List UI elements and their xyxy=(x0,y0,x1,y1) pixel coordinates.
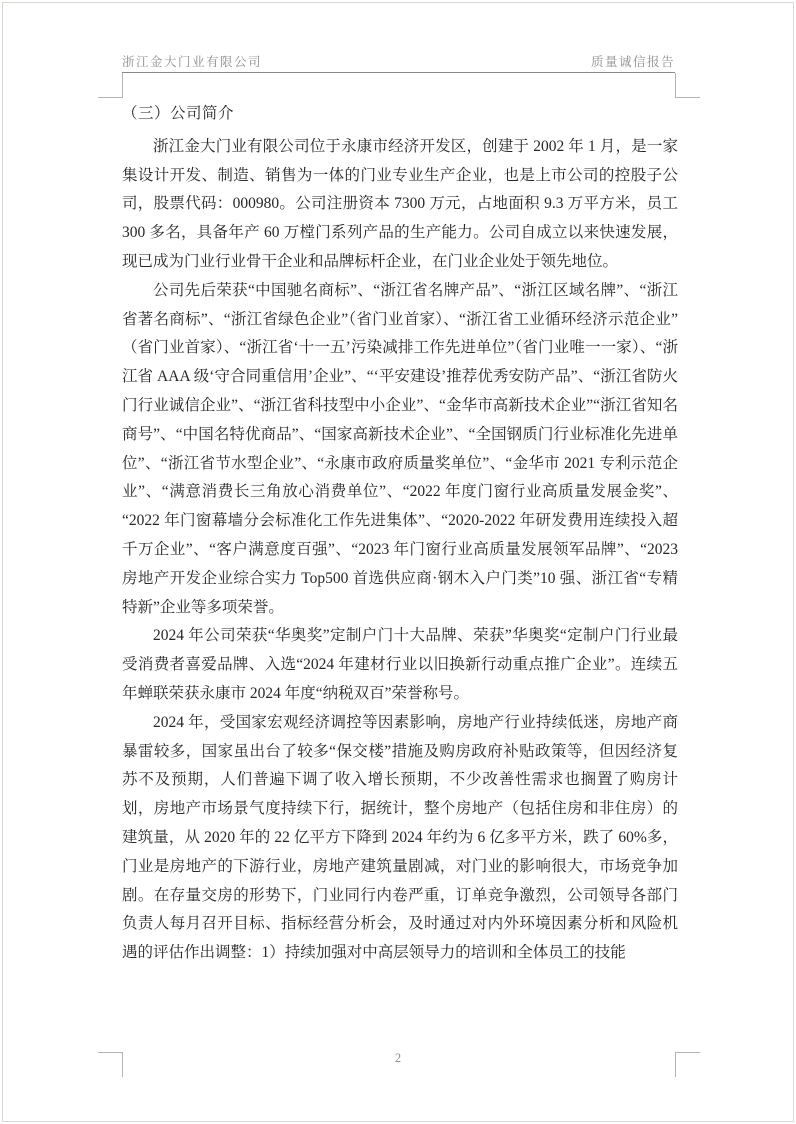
paragraph-market-situation: 2024 年，受国家宏观经济调控等因素影响，房地产行业持续低迷，房地产商暴雷较多… xyxy=(122,709,678,968)
paragraph-company-intro: 浙江金大门业有限公司位于永康市经济开发区，创建于 2002 年 1 月，是一家集… xyxy=(122,133,678,277)
header-rule xyxy=(122,72,675,73)
page-header: 浙江金大门业有限公司 质量诚信报告 xyxy=(122,52,675,70)
header-company-name: 浙江金大门业有限公司 xyxy=(122,52,262,70)
paragraph-honors-list: 公司先后荣获“中国驰名商标”、“浙江省名牌产品”、“浙江区域名牌”、“浙江省著名… xyxy=(122,277,678,623)
document-page: 浙江金大门业有限公司 质量诚信报告 （三）公司简介 浙江金大门业有限公司位于永康… xyxy=(0,0,796,1124)
header-report-title: 质量诚信报告 xyxy=(591,52,675,70)
document-body: （三）公司简介 浙江金大门业有限公司位于永康市经济开发区，创建于 2002 年 … xyxy=(122,98,678,968)
margin-corner-mark-top-left xyxy=(98,73,123,98)
paragraph-2024-awards: 2024 年公司荣获“华奥奖”定制户门十大品牌、荣获”华奥奖“定制户门行业最受消… xyxy=(122,622,678,708)
section-heading: （三）公司简介 xyxy=(122,98,678,133)
margin-corner-mark-top-right xyxy=(675,73,700,98)
page-number: 2 xyxy=(395,1051,401,1065)
page-footer: 2 xyxy=(0,1051,796,1066)
